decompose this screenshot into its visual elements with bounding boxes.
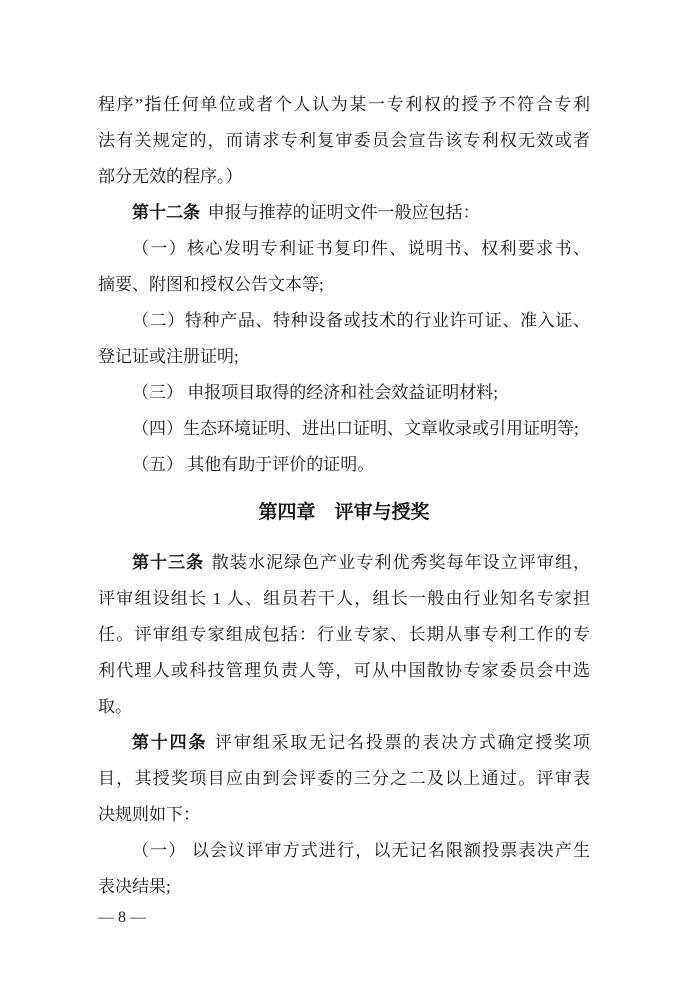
carryover-line-2: 法有关规定的，而请求专利复审委员会宣告该专利权无效或者 [98, 123, 590, 159]
document-page: 程序”指任何单位或者个人认为某一专利权的授予不符合专利 法有关规定的，而请求专利… [0, 0, 700, 990]
article-12-item-3: （三） 申报项目取得的经济和社会效益证明材料; [98, 375, 590, 411]
article-13-line-1: 第十三条散装水泥绿色产业专利优秀奖每年设立评审组， [98, 545, 590, 581]
article-13-text-1: 散装水泥绿色产业专利优秀奖每年设立评审组， [212, 553, 590, 572]
article-13-line-4: 利代理人或科技管理负责人等，可从中国散协专家委员会中选 [98, 653, 590, 689]
article-12-item-1-line-1: （一）核心发明专利证书复印件、说明书、权利要求书、 [98, 231, 590, 267]
carryover-line-3: 部分无效的程序。） [98, 159, 590, 195]
article-14-item-1-line-2: 表决结果; [98, 869, 590, 905]
article-13-line-2: 评审组设组长 1 人、组员若干人，组长一般由行业知名专家担 [98, 581, 590, 617]
article-12-number: 第十二条 [132, 203, 200, 222]
article-12-item-4: （四）生态环境证明、进出口证明、文章收录或引用证明等; [98, 411, 590, 447]
article-14-line-1: 第十四条评审组采取无记名投票的表决方式确定授奖项 [98, 725, 590, 761]
article-12-item-2-line-2: 登记证或注册证明; [98, 339, 590, 375]
article-12-line: 第十二条申报与推荐的证明文件一般应包括： [98, 195, 590, 231]
article-14-text-1: 评审组采取无记名投票的表决方式确定授奖项 [215, 733, 590, 752]
article-12-item-5: （五） 其他有助于评价的证明。 [98, 447, 590, 483]
article-13-number: 第十三条 [132, 553, 204, 572]
page-content: 程序”指任何单位或者个人认为某一专利权的授予不符合专利 法有关规定的，而请求专利… [98, 87, 590, 931]
article-13-line-5: 取。 [98, 689, 590, 725]
article-12-item-1-line-2: 摘要、附图和授权公告文本等; [98, 267, 590, 303]
carryover-line-1: 程序”指任何单位或者个人认为某一专利权的授予不符合专利 [98, 87, 590, 123]
article-13-line-3: 任。评审组专家组成包括：行业专家、长期从事专利工作的专 [98, 617, 590, 653]
article-14-item-1-line-1: （一） 以会议评审方式进行，以无记名限额投票表决产生 [98, 833, 590, 869]
chapter-heading: 第四章 评审与授奖 [98, 495, 590, 531]
article-12-item-2-line-1: （二）特种产品、特种设备或技术的行业许可证、准入证、 [98, 303, 590, 339]
article-14-line-2: 目，其授奖项目应由到会评委的三分之二及以上通过。评审表 [98, 761, 590, 797]
article-14-number: 第十四条 [132, 733, 207, 752]
article-14-line-3: 决规则如下： [98, 797, 590, 833]
page-number: — 8 — [98, 905, 590, 931]
article-12-title: 申报与推荐的证明文件一般应包括： [208, 203, 480, 222]
